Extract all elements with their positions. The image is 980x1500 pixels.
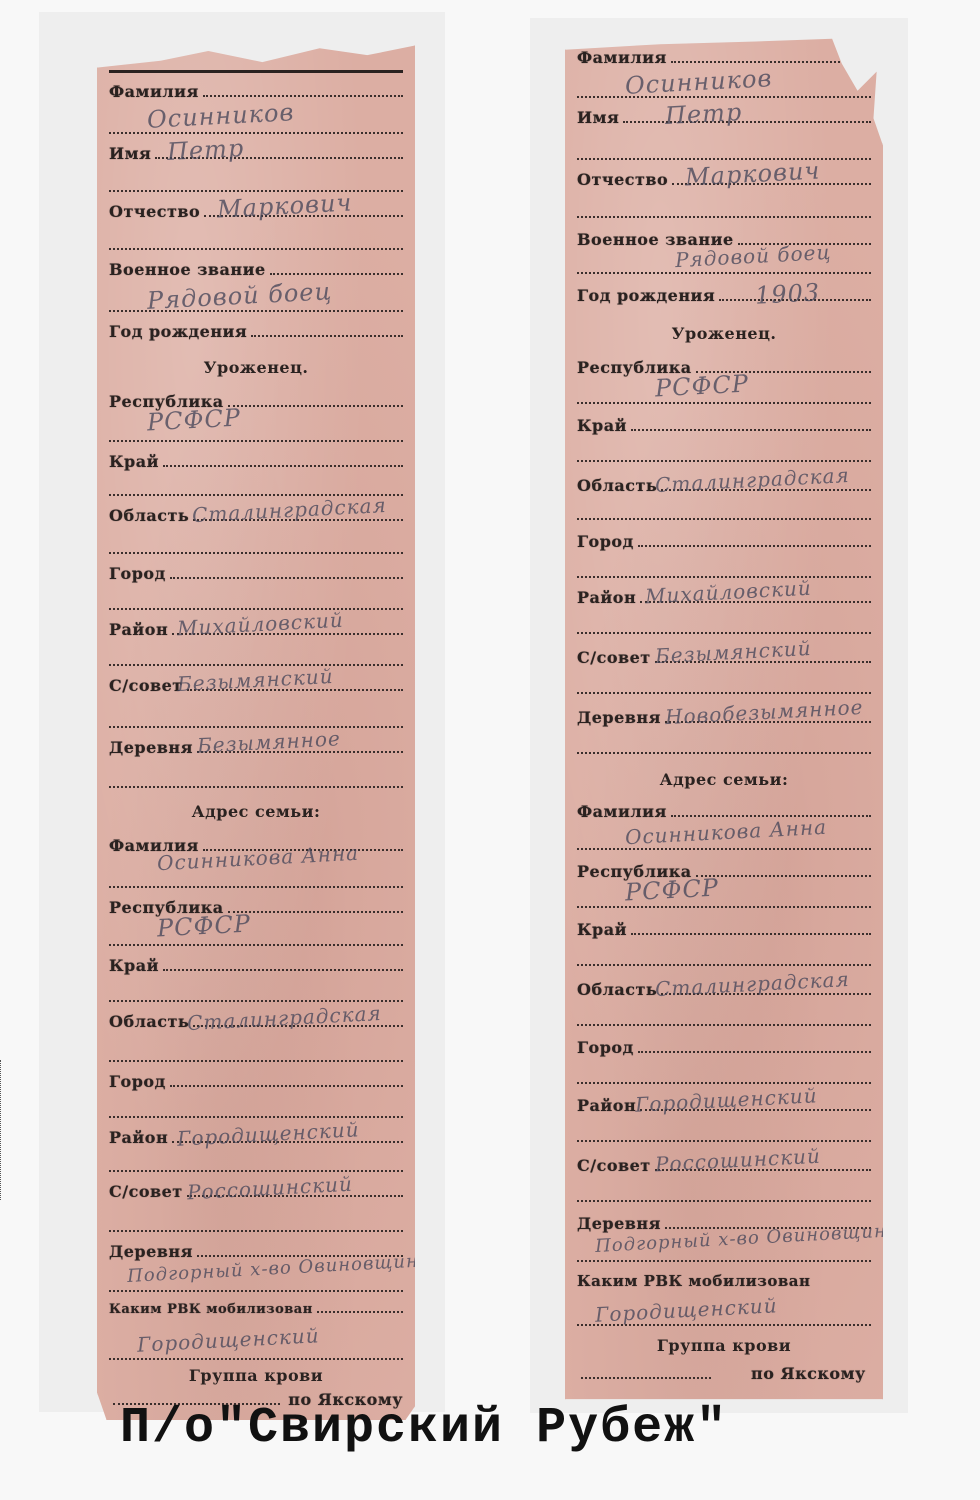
- field-mobilized-by: Каким РВК мобилизован: [109, 1302, 403, 1317]
- field-surname: Фамилия: [109, 82, 403, 101]
- section-heading-family-address: Адрес семьи:: [565, 770, 883, 789]
- field-label: Деревня: [109, 1242, 193, 1261]
- field-label: Имя: [109, 144, 151, 163]
- field-label: Край: [577, 920, 627, 939]
- field-label: Город: [109, 1072, 166, 1091]
- field-label: Район: [109, 1128, 168, 1147]
- field-birth-year: Год рождения: [577, 286, 871, 305]
- handwritten-mobilized-by: Городищенский: [136, 1323, 320, 1357]
- field-surname: Фамилия: [577, 48, 871, 67]
- field-label: Отчество: [577, 170, 668, 189]
- field-family-krai: Край: [109, 956, 403, 975]
- field-label: С/совет: [577, 648, 651, 667]
- field-family-city: Город: [577, 1038, 871, 1057]
- field-birth-year: Год рождения: [109, 322, 403, 341]
- field-label: Город: [109, 564, 166, 583]
- handwritten-family-republic: РСФСР: [156, 910, 251, 943]
- field-label: Фамилия: [577, 48, 667, 67]
- section-heading-native-of: Уроженец.: [565, 324, 883, 343]
- handwritten-first-name: Петр: [166, 134, 245, 166]
- field-label: по Якскому: [751, 1364, 866, 1383]
- handwritten-republic: РСФСР: [654, 370, 749, 403]
- field-label: Отчество: [109, 202, 200, 221]
- handwritten-first-name: Петр: [664, 98, 743, 130]
- section-heading-native-of: Уроженец.: [97, 358, 415, 377]
- field-label: Область: [577, 980, 657, 999]
- field-label: Область: [577, 476, 657, 495]
- field-by-system: по Якскому: [577, 1364, 871, 1383]
- field-blood-group: Группа крови: [565, 1336, 883, 1355]
- handwritten-republic: РСФСР: [146, 404, 241, 437]
- field-label: С/совет: [109, 1182, 183, 1201]
- field-label: Край: [577, 416, 627, 435]
- field-krai: Край: [109, 452, 403, 471]
- handwritten-surname: Осинников: [146, 98, 295, 134]
- field-label: Каким РВК мобилизован: [109, 1302, 313, 1317]
- field-label: Имя: [577, 108, 619, 127]
- field-label: Город: [577, 1038, 634, 1057]
- caption-search-unit: П/о"Свирский Рубеж": [120, 1400, 900, 1457]
- field-label: Год рождения: [109, 322, 247, 341]
- field-label: Район: [577, 1096, 636, 1115]
- field-label: Область: [109, 1012, 189, 1031]
- left-medallion-slip: Фамилия Осинников Имя Петр Отчество Марк…: [97, 40, 415, 1420]
- field-label: Район: [577, 588, 636, 607]
- field-label: Фамилия: [109, 82, 199, 101]
- section-heading-family-address: Адрес семьи:: [97, 802, 415, 821]
- field-label: С/совет: [577, 1156, 651, 1175]
- field-label: Год рождения: [577, 286, 715, 305]
- field-label: Военное звание: [109, 260, 266, 279]
- field-krai: Край: [577, 416, 871, 435]
- field-label: Каким РВК мобилизован: [577, 1272, 810, 1290]
- scan-edge-marks: [0, 1060, 4, 1200]
- field-blood-group: Группа крови: [97, 1366, 415, 1385]
- handwritten-family-republic: РСФСР: [624, 874, 719, 907]
- field-label: Фамилия: [577, 802, 667, 821]
- field-label: Край: [109, 956, 159, 975]
- field-family-krai: Край: [577, 920, 871, 939]
- field-family-city: Город: [109, 1072, 403, 1091]
- field-first-name: Имя: [109, 144, 403, 163]
- field-label: Город: [577, 532, 634, 551]
- handwritten-mobilized-by: Городищенский: [594, 1293, 778, 1327]
- field-rank: Военное звание: [109, 260, 403, 279]
- field-family-republic: Республика: [109, 898, 403, 917]
- right-medallion-slip: Фамилия Осинников Имя Петр Отчество Марк…: [565, 36, 883, 1406]
- field-label: Деревня: [577, 708, 661, 727]
- field-label: С/совет: [109, 676, 183, 695]
- top-rule: [109, 70, 403, 73]
- field-label: Край: [109, 452, 159, 471]
- field-family-republic: Республика: [577, 862, 871, 881]
- field-family-surname: Фамилия: [577, 802, 871, 821]
- field-label: Деревня: [109, 738, 193, 757]
- field-city: Город: [109, 564, 403, 583]
- field-city: Город: [577, 532, 871, 551]
- field-label: Район: [109, 620, 168, 639]
- field-label: Деревня: [577, 1214, 661, 1233]
- handwritten-birth-year: 1903: [754, 278, 820, 309]
- field-mobilized-by: Каким РВК мобилизован: [577, 1272, 871, 1290]
- handwritten-surname: Осинников: [624, 64, 773, 100]
- field-label: Область: [109, 506, 189, 525]
